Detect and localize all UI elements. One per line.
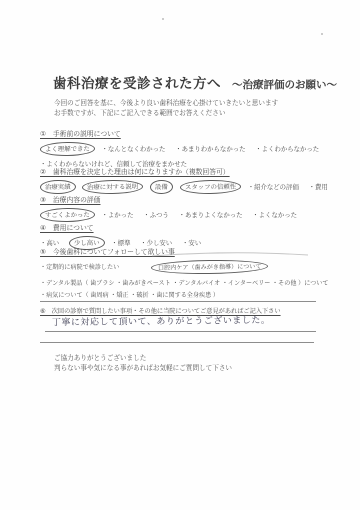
question-2: ② 歯科治療を決定した理由は何になりますか（複数回答可） 治療実績 治療に対する…: [40, 166, 336, 194]
question-4-heading: ④ 費用について: [40, 222, 209, 232]
scanned-survey-page: 歯科治療を受診された方へ～治療評価のお願い～ 今回のご回答を基に、今後より良い歯…: [0, 0, 360, 510]
option: ・あまりわからなかった: [175, 146, 245, 153]
option: ・よくわからなかった: [255, 146, 319, 153]
page-subtitle: ～治療評価のお願い～: [232, 79, 337, 91]
intro-line: 今回のご回答を基に、今後より良い歯科治療を心掛けていきたいと思います: [54, 99, 278, 109]
footer-text: ご協力ありがとうございました 判らない事や気になる事があればお気軽にご質問して下…: [54, 354, 232, 374]
answer-line: [40, 342, 314, 343]
hand-drawn-line: [150, 249, 310, 258]
question-2-heading: ② 歯科治療を決定した理由は何になりますか（複数回答可）: [40, 166, 336, 176]
answer-line: [45, 331, 316, 332]
divider-line: [40, 301, 316, 302]
question-1-heading: ① 手術前の説明について: [40, 128, 327, 138]
handwritten-answer: 丁寧に対応して頂いて、ありがとうございました。: [52, 313, 270, 328]
circled-option: 口腔内ケア（歯みがき指導）について: [151, 259, 269, 275]
scan-speck: [321, 33, 323, 35]
circled-option: すごくよかった: [40, 208, 95, 223]
question-3-heading: ③ 治療内容の評価: [40, 194, 305, 204]
option: ・紹介などの評価: [248, 184, 299, 191]
question-3: ③ 治療内容の評価 すごくよかった ・よかった ・ふつう ・あまりよくなかった …: [40, 194, 305, 222]
page-title-main: 歯科治療を受診された方へ: [53, 76, 221, 91]
option: ・よかった: [102, 212, 134, 219]
footer-line: ご協力ありがとうございました: [54, 354, 232, 364]
page-title: 歯科治療を受診された方へ～治療評価のお願い～: [53, 72, 337, 93]
intro-text: 今回のご回答を基に、今後より良い歯科治療を心掛けていきたいと思います お手数です…: [54, 99, 278, 119]
option: ・デンタル製品（ 歯ブラシ ・歯みがきペースト ・デンタルバイオ ・インターベリ…: [40, 278, 328, 287]
intro-line: お手数ですが、下記にご記入できる範囲でお答えください: [54, 109, 278, 119]
option: ・定期的に病院で検診したい: [40, 264, 119, 271]
question-1: ① 手術前の説明について よく理解できた ・なんとなくわかった ・あまりわからな…: [40, 128, 327, 168]
option: ・費用: [309, 184, 328, 191]
question-5-line1: ・定期的に病院で検診したい口腔内ケア（歯みがき指導）について: [40, 260, 328, 274]
scan-speck: [162, 18, 164, 20]
option: ・病気について（ 歯周病 ・矯正 ・破折 ・歯に関する全身疾患 ）: [40, 290, 328, 299]
option: ・よくなかった: [252, 212, 297, 219]
circled-option: よく理解できた: [40, 142, 95, 157]
option: ・なんとなくわかった: [102, 146, 166, 153]
footer-line: 判らない事や気になる事があればお気軽にご質問して下さい: [54, 364, 232, 374]
circled-option: 治療実績: [40, 180, 76, 194]
question-1-options: よく理解できた ・なんとなくわかった ・あまりわからなかった ・よくわからなかっ…: [40, 142, 327, 156]
option: ・ふつう: [143, 212, 169, 219]
circled-option: 設備: [150, 180, 173, 194]
question-3-options: すごくよかった ・よかった ・ふつう ・あまりよくなかった ・よくなかった: [40, 208, 305, 222]
option: ・あまりよくなかった: [179, 212, 243, 219]
circled-option: スタッフの信頼性: [180, 180, 241, 195]
question-2-options: 治療実績 治療に対する説明 設備 スタッフの信頼性 ・紹介などの評価 ・費用: [40, 180, 336, 194]
circled-option: 治療に対する説明: [82, 180, 143, 195]
